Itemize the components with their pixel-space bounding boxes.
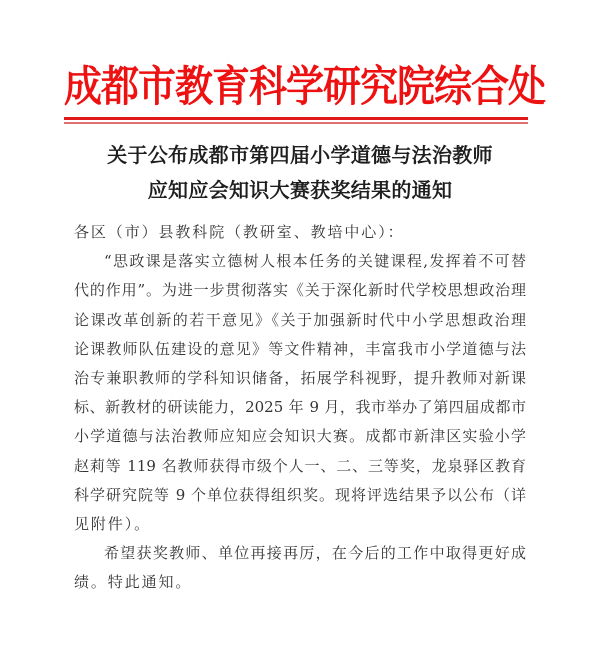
paragraph-line: 小学道德与法治教师应知应会知识大赛。成都市新津区实验小学 — [74, 422, 526, 451]
paragraph-line: 赵莉等 119 名教师获得市级个人一、二、三等奖，龙泉驿区教育 — [74, 452, 526, 481]
paragraph-line: 代的作用”。为进一步贯彻落实《关于深化新时代学校思想政治理 — [74, 276, 526, 305]
document-title-line-1: 关于公布成都市第四届小学道德与法治教师 — [60, 139, 540, 168]
paragraph-line: 治专兼职教师的学科知识储备，拓展学科视野，提升教师对新课 — [74, 364, 526, 393]
paragraph-line: 论课改革创新的若干意见》《关于加强新时代中小学思想政治理 — [74, 306, 526, 335]
closing-line: 绩。特此通知。 — [74, 568, 526, 597]
document-title-line-2: 应知应会知识大赛获奖结果的通知 — [60, 174, 540, 203]
paragraph-line: 标、新教材的研读能力，2025 年 9 月，我市举办了第四届成都市 — [74, 393, 526, 422]
paragraph-line: 科学研究院等 9 个单位获得组织奖。现将评选结果予以公布（详 — [74, 481, 526, 510]
document-page: 成都市教育科学研究院综合处 关于公布成都市第四届小学道德与法治教师 应知应会知识… — [0, 0, 600, 646]
closing-line: 希望获奖教师、单位再接再厉，在今后的工作中取得更好成 — [74, 539, 526, 568]
header-rule-thin — [64, 122, 528, 124]
paragraph-line: 见附件）。 — [74, 510, 526, 539]
organization-header: 成都市教育科学研究院综合处 — [64, 56, 528, 116]
paragraph-line: 论课教师队伍建设的意见》等文件精神，丰富我市小学道德与法 — [74, 335, 526, 364]
document-body: 各区（市）县教科院（教研室、教培中心）： “思政课是落实立德树人根本任务的关键课… — [74, 218, 526, 597]
salutation: 各区（市）县教科院（教研室、教培中心）： — [74, 218, 526, 247]
paragraph-line: “思政课是落实立德树人根本任务的关键课程,发挥着不可替 — [74, 247, 526, 276]
header-rule-thick — [64, 117, 528, 120]
